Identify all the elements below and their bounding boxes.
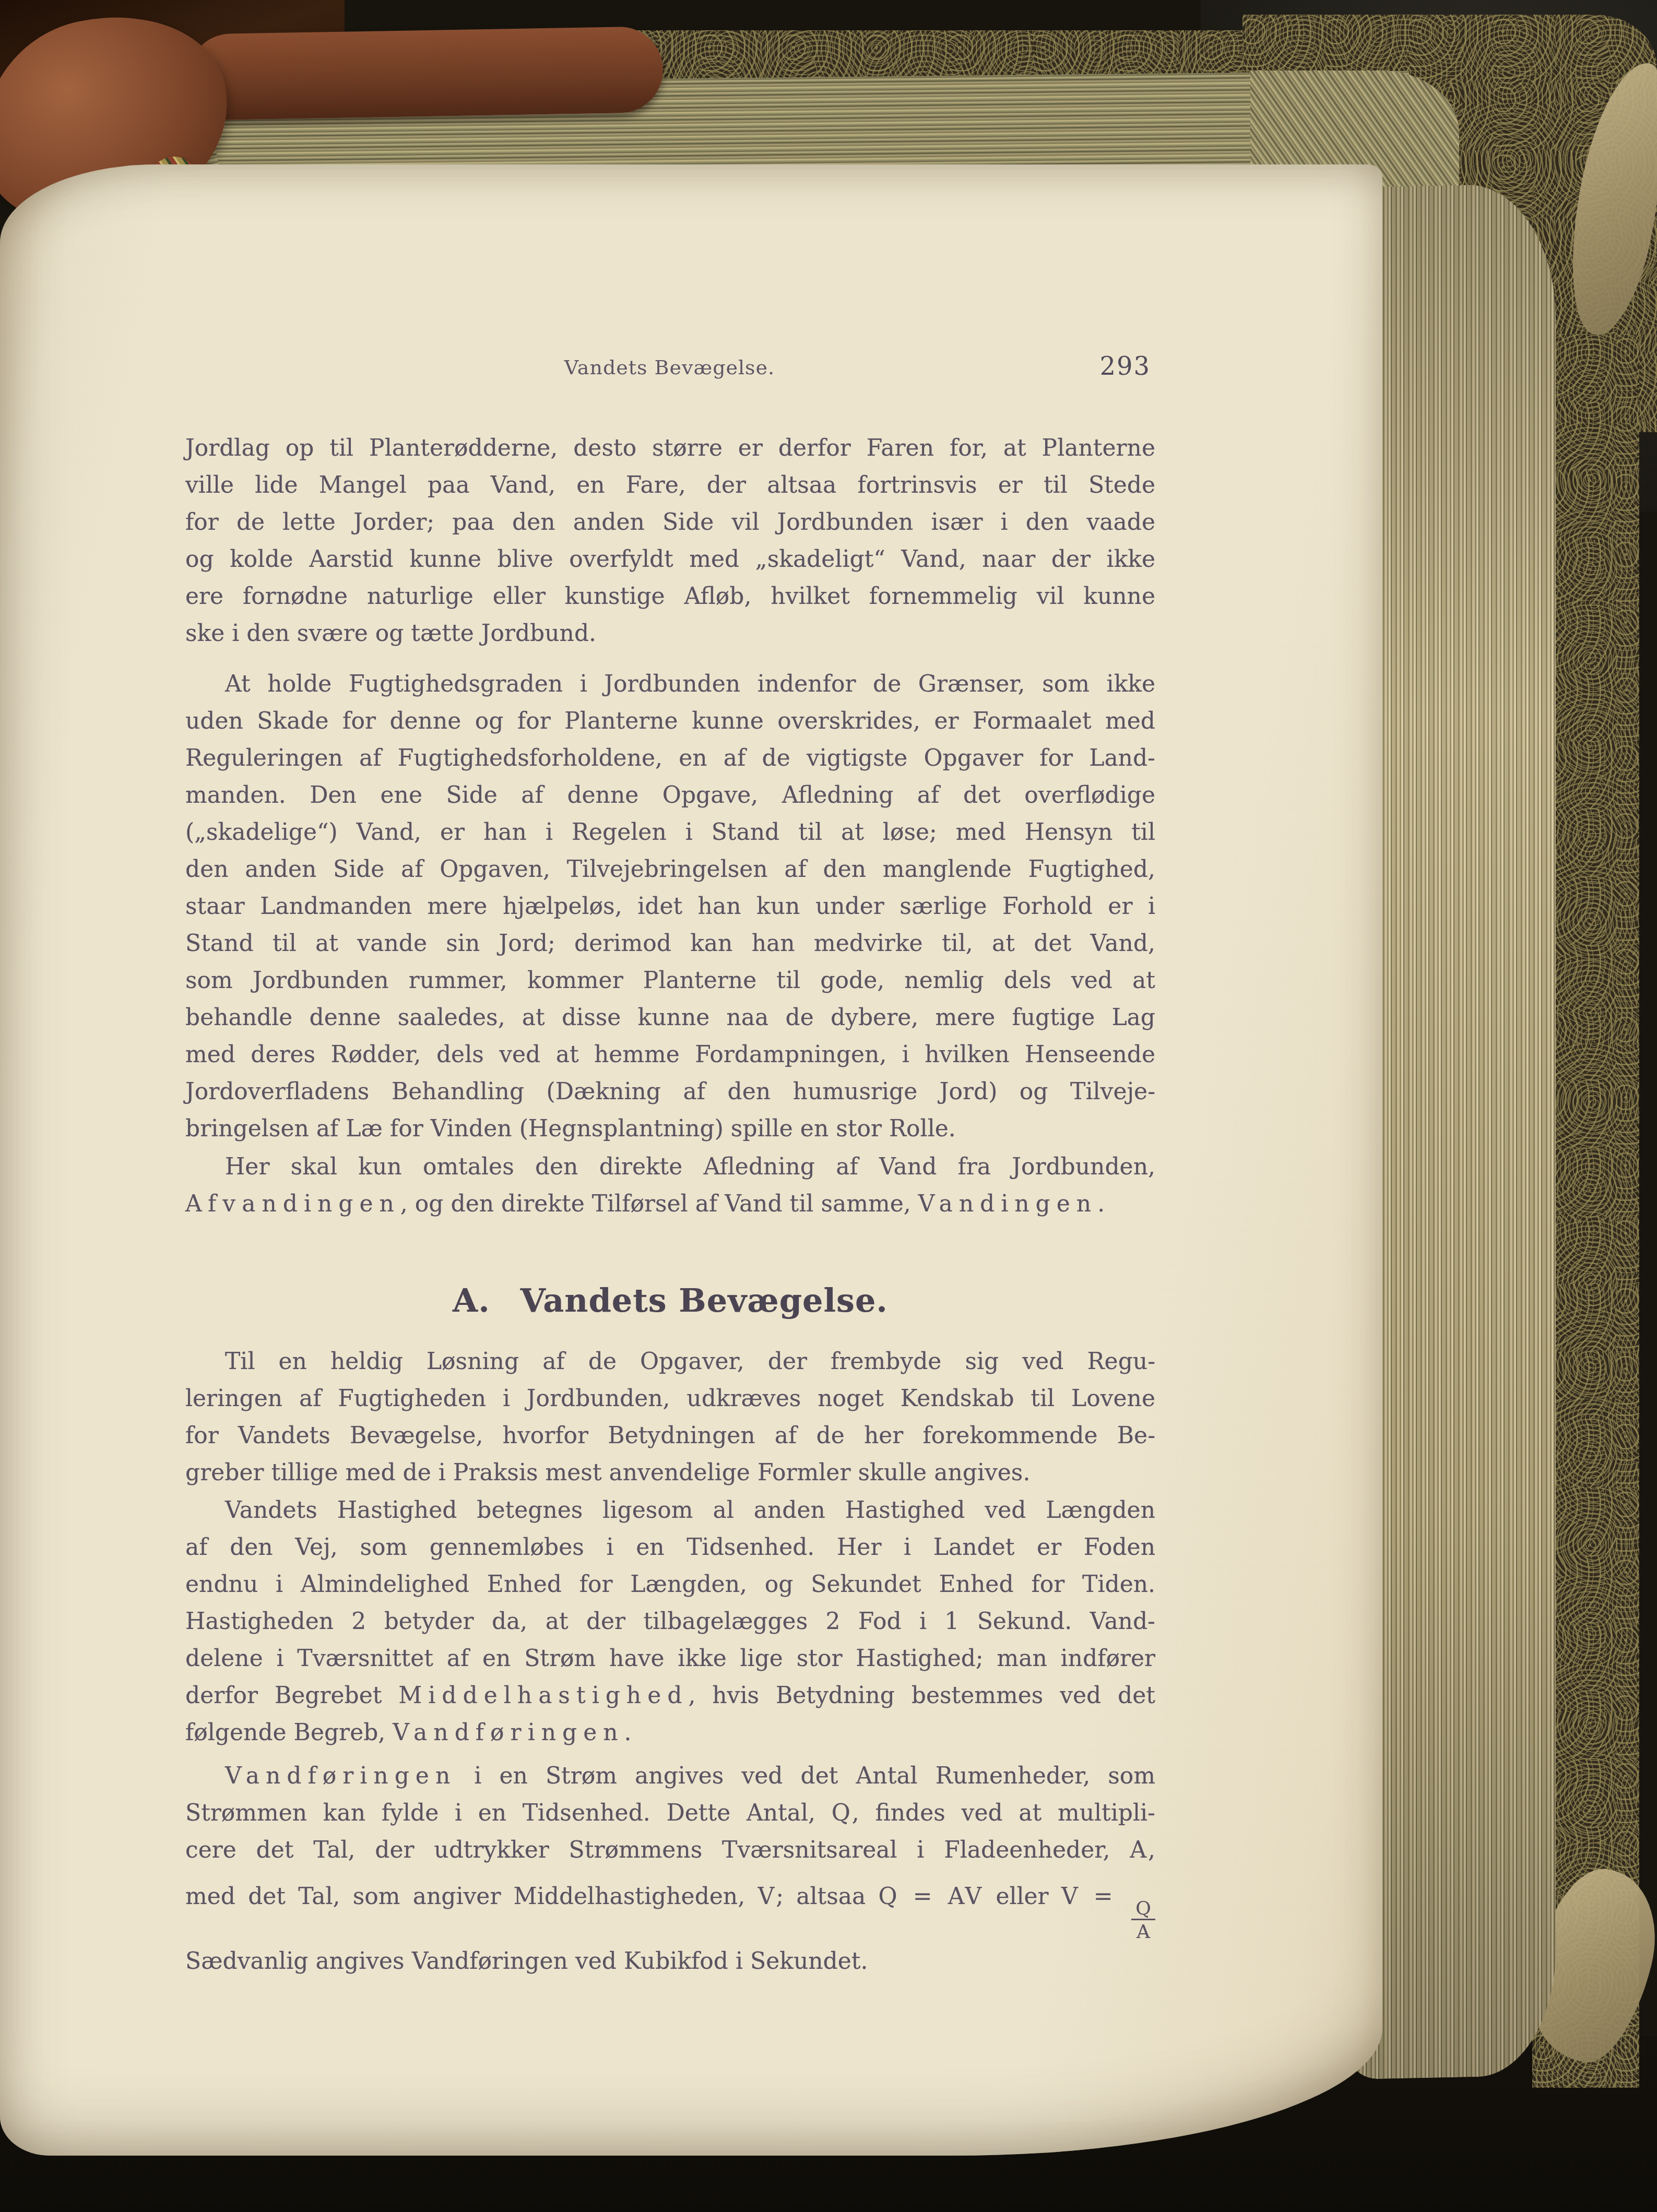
text-line: Stand til at vande sin Jord; derimod kan… <box>185 925 1155 962</box>
text-line: for de lette Jorder; paa den anden Side … <box>185 504 1155 541</box>
book-page: Vandets Bevægelse. 293 Jordlag op til Pl… <box>0 164 1382 2156</box>
text-line: ere fornødne naturlige eller kunstige Af… <box>185 578 1155 615</box>
text-line: Reguleringen af Fugtighedsforholdene, en… <box>185 740 1155 777</box>
roman-symbol: V <box>758 1883 776 1910</box>
text-line: følgende Begreb, Vandføringen. <box>185 1714 1155 1751</box>
emphasized-word: Afvandingen <box>185 1191 400 1217</box>
emphasized-word: Vandføringen <box>225 1763 456 1789</box>
text-line: for Vandets Bevægelse, hvorfor Betydning… <box>185 1417 1155 1454</box>
text-line: Vandføringen i en Strøm angives ved det … <box>185 1757 1155 1794</box>
paragraph-4: Til en heldig Løsning af de Opgaver, der… <box>185 1343 1155 1491</box>
paragraph-6: Vandføringen i en Strøm angives ved det … <box>185 1757 1155 1980</box>
text-line: Sædvanlig angives Vandføringen ved Kubik… <box>185 1943 1155 1980</box>
text-line: ske i den svære og tætte Jordbund. <box>185 615 1155 652</box>
running-head: Vandets Bevægelse. <box>185 356 1154 379</box>
text-line: endnu i Almindelighed Enhed for Længden,… <box>185 1566 1155 1603</box>
text-line: Hastigheden 2 betyder da, at der tilbage… <box>185 1603 1155 1640</box>
roman-symbol: V = <box>1061 1883 1115 1910</box>
text-line: af den Vej, som gennemløbes i en Tidsenh… <box>185 1529 1155 1566</box>
text-line: leringen af Fugtigheden i Jordbunden, ud… <box>185 1380 1155 1417</box>
text-line: ville lide Mangel paa Vand, en Fare, der… <box>185 467 1155 504</box>
section-heading-label: A. <box>453 1281 490 1319</box>
scanned-book-photo: { "page": { "running_head": "Vandets Bev… <box>0 0 1657 2212</box>
text-line: med det Tal, som angiver Middelhastighed… <box>185 1869 1155 1943</box>
text-line: Jordlag op til Planterødderne, desto stø… <box>185 430 1155 467</box>
section-heading: A.Vandets Bevægelse. <box>185 1281 1155 1319</box>
text-line: Til en heldig Løsning af de Opgaver, der… <box>185 1343 1155 1380</box>
paragraph-2: At holde Fugtighedsgraden i Jordbunden i… <box>185 665 1155 1147</box>
text-line: Jordoverfladens Behandling (Dækning af d… <box>185 1073 1155 1110</box>
emphasized-word: Middelhastighed <box>398 1682 688 1709</box>
text-line: greber tillige med de i Praksis mest anv… <box>185 1454 1155 1491</box>
text-line: uden Skade for denne og for Planterne ku… <box>185 703 1155 740</box>
paragraph-3: Her skal kun omtales den direkte Afledni… <box>185 1148 1155 1222</box>
section-heading-title: Vandets Bevægelse. <box>520 1281 888 1319</box>
roman-symbol: Q = AV <box>878 1883 983 1910</box>
text-line: delene i Tværsnittet af en Strøm have ik… <box>185 1640 1155 1677</box>
paragraph-5: Vandets Hastighed betegnes ligesom al an… <box>185 1492 1155 1751</box>
text-line: Afvandingen, og den direkte Tilførsel af… <box>185 1185 1155 1222</box>
paragraph-1: Jordlag op til Planterødderne, desto stø… <box>185 430 1155 652</box>
text-line: cere det Tal, der udtrykker Strømmens Tv… <box>185 1832 1155 1869</box>
page-number: 293 <box>1099 352 1151 381</box>
text-line: Strømmen kan fylde i en Tidsenhed. Dette… <box>185 1794 1155 1832</box>
roman-symbol: Q <box>832 1800 852 1826</box>
text-line: Vandets Hastighed betegnes ligesom al an… <box>185 1492 1155 1529</box>
text-line: som Jordbunden rummer, kommer Planterne … <box>185 962 1155 999</box>
fraction: QA <box>1131 1898 1155 1943</box>
text-line: At holde Fugtighedsgraden i Jordbunden i… <box>185 665 1155 703</box>
emphasized-word: Vandingen <box>918 1191 1097 1217</box>
text-line: og kolde Aarstid kunne blive overfyldt m… <box>185 541 1155 578</box>
page-header: Vandets Bevægelse. 293 <box>185 356 1154 393</box>
text-line: Her skal kun omtales den direkte Afledni… <box>185 1148 1155 1185</box>
text-line: staar Landmanden mere hjælpeløs, idet ha… <box>185 888 1155 925</box>
text-line: („skadelige“) Vand, er han i Regelen i S… <box>185 814 1155 851</box>
text-line: den anden Side af Opgaven, Tilvejebringe… <box>185 851 1155 888</box>
text-line: derfor Begrebet Middelhastighed, hvis Be… <box>185 1677 1155 1714</box>
roman-symbol: A <box>1130 1837 1148 1863</box>
text-line: manden. Den ene Side af denne Opgave, Af… <box>185 777 1155 814</box>
text-line: bringelsen af Læ for Vinden (Hegnsplantn… <box>185 1110 1155 1147</box>
spine-leather-roll <box>187 26 664 121</box>
emphasized-word: Vandføringen <box>393 1719 624 1746</box>
text-line: med deres Rødder, dels ved at hemme Ford… <box>185 1036 1155 1073</box>
text-line: behandle denne saaledes, at disse kunne … <box>185 999 1155 1036</box>
